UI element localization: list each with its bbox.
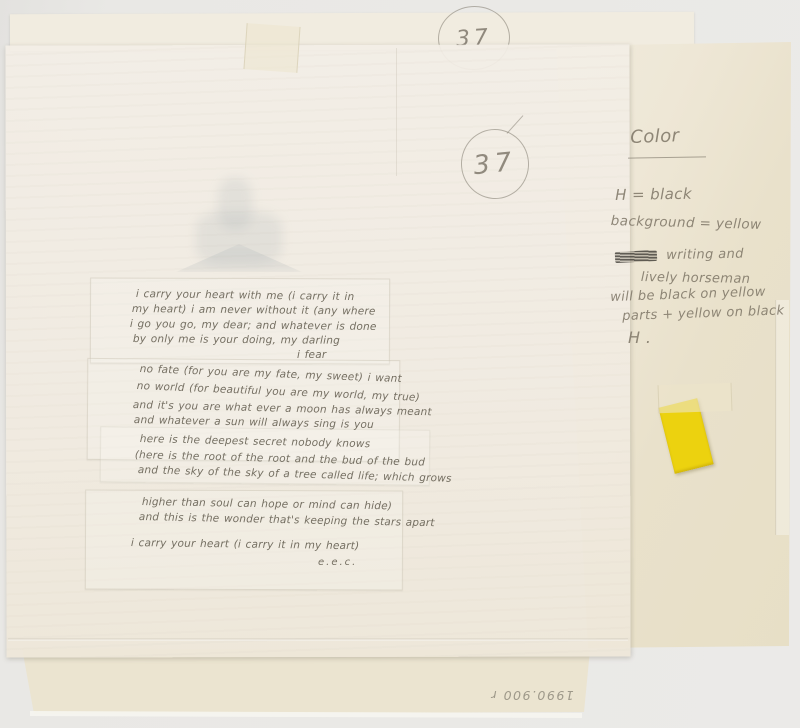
tape-strip-over-swatch [658,383,733,414]
poem-line: i fear [297,349,326,361]
color-note-line: lively horseman [641,270,751,287]
poem-line: by only me is your doing, my darling [133,333,340,347]
poem-line: my heart) i am never without it (any whe… [132,303,376,318]
poem-attribution: e.e.c. [318,557,357,568]
color-note-line: writing and [666,247,744,263]
accession-number-inscription: 1990.900 r [490,688,574,703]
tracing-paper-fold-line [396,48,397,176]
color-notes-heading: Color [630,125,680,148]
color-note-line: H = black [615,185,692,204]
sheet-edge-light [777,300,789,535]
backing-sheet-deckle-highlight [30,711,582,718]
color-note-line: H . [628,328,651,347]
tracing-paper-crease [8,638,628,641]
tape-strip-top [243,23,300,73]
artwork-photo: 37 i carry your heart with me (i carry i… [0,0,800,728]
scribbled-out-word [615,250,658,263]
